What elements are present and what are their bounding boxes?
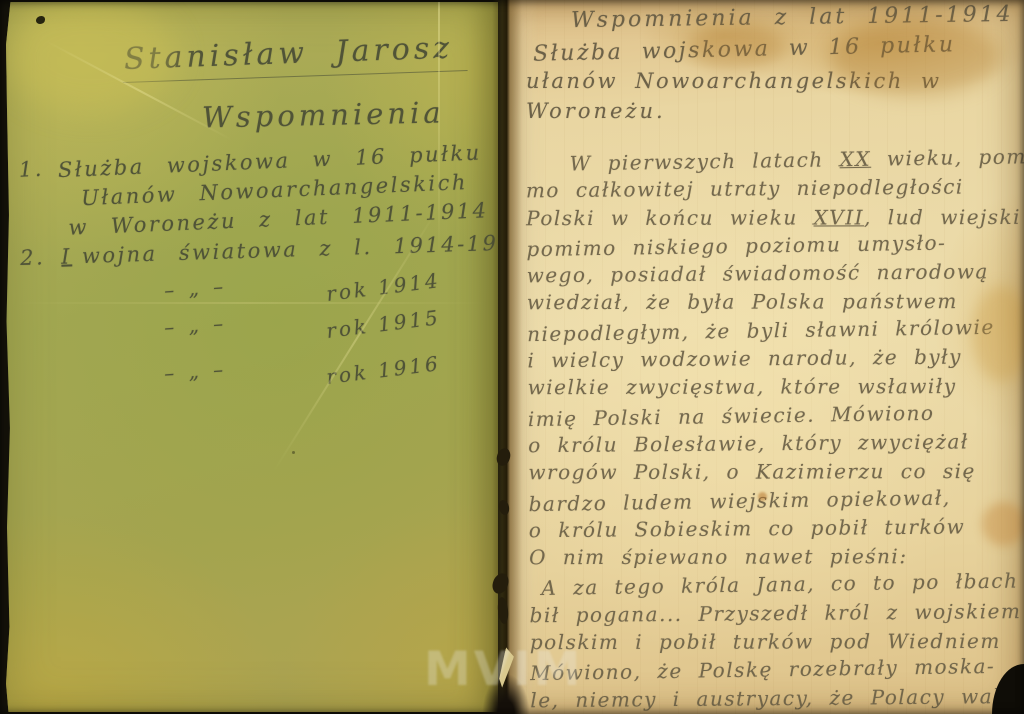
left-page: Stanisław Jarosz Wspomnienia 1. Służba w… — [6, 2, 498, 712]
toc-item-lines: Służba wojskowa w 16 pułkuUłanów Nowoarc… — [57, 138, 489, 243]
body-line: wrogów Polski, o Kazimierzu co się — [528, 457, 1024, 487]
ditto-year: rok 1914 — [325, 268, 442, 306]
right-header-line: Wspomnienia z lat 1911-1914 — [571, 2, 1014, 33]
right-header-line: ułanów Nowoarchangelskich w — [526, 69, 941, 93]
body-line: wielkie zwycięstwa, które wsławiły — [528, 372, 1024, 402]
ditto-mark: – „ – — [163, 309, 260, 340]
ink-blot — [36, 16, 45, 24]
paper-speck — [292, 451, 295, 454]
toc-item-number: 2. — [20, 245, 46, 270]
body-line: bił pogana... Przyszedł król z wojskiem — [529, 596, 1024, 629]
ditto-row: – „ – rok 1915 — [164, 307, 441, 341]
toc-item-number: 1. — [18, 157, 47, 245]
right-header-line: Woroneżu. — [526, 99, 666, 123]
ditto-row: – „ – rok 1914 — [164, 270, 441, 304]
author-title: Stanisław Jarosz — [121, 30, 467, 83]
ditto-year: rok 1916 — [325, 351, 442, 389]
memoir-body-text: W pierwszych latach XX wieku, pomi-mo ca… — [526, 144, 1024, 714]
archive-watermark: MVIM — [424, 642, 583, 697]
notebook-scan: Stanisław Jarosz Wspomnienia 1. Służba w… — [0, 0, 1024, 714]
ditto-mark: – „ – — [163, 355, 260, 386]
underlined-roman-numeral: I — [61, 244, 73, 268]
page-subtitle: Wspomnienia — [202, 95, 445, 134]
right-page: Wspomnienia z lat 1911-1914 Służba wojsk… — [507, 0, 1024, 714]
toc-item-1: 1. Służba wojskowa w 16 pułkuUłanów Nowo… — [18, 138, 489, 244]
ditto-list: – „ – rok 1914 – „ – rok 1915 – „ – rok … — [164, 270, 441, 387]
ditto-mark: – „ – — [163, 272, 260, 303]
ditto-row: – „ – rok 1916 — [164, 353, 441, 387]
ditto-year: rok 1915 — [325, 305, 442, 343]
right-header-line: Służba wojskowa w 16 pułku — [533, 32, 956, 67]
